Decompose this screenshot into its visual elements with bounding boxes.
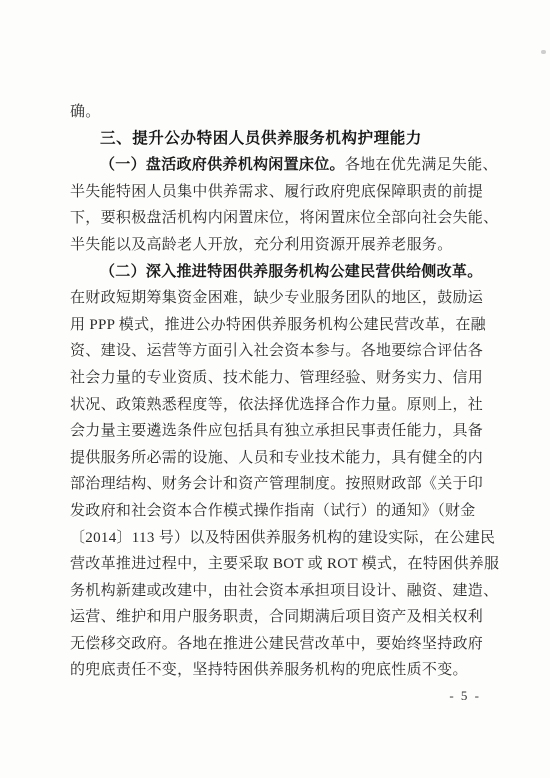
continuation-line: 确。 — [70, 99, 490, 126]
body-line: 运营、维护和用户服务职责，合同期满后项目资产及相关权利 — [70, 604, 490, 631]
body-line: 用 PPP 模式，推进公办特困供养服务机构公建民营改革，在融 — [70, 312, 490, 339]
body-line: 提供服务所必需的设施、人员和专业技术能力，具有健全的内 — [70, 445, 490, 472]
body-line: 状况、政策熟悉程度等，依法择优选择合作力量。原则上，社 — [70, 392, 490, 419]
scan-artifact-speck — [541, 50, 546, 54]
body-line: 〔2014〕113 号）以及特困供养服务机构的建设实际，在公建民 — [70, 525, 490, 552]
subsection-heading: （二）深入推进特困供养服务机构公建民营供给侧改革。 — [70, 259, 490, 286]
page-number: - 5 - — [449, 688, 481, 704]
body-line: 部治理结构、财务会计和资产管理制度。按照财政部《关于印 — [70, 471, 490, 498]
body-line: 无偿移交政府。各地在推进公建民营改革中，要始终坚持政府 — [70, 631, 490, 658]
body-line: 会力量主要遴选条件应包括具有独立承担民事责任能力，具备 — [70, 418, 490, 445]
body-line: 资、建设、运营等方面引入社会资本参与。各地要综合评估各 — [70, 338, 490, 365]
section-heading: 三、提升公办特困人员供养服务机构护理能力 — [70, 126, 490, 153]
body-line: 半失能以及高龄老人开放，充分利用资源开展养老服务。 — [70, 232, 490, 259]
body-line: 务机构新建或改建中，由社会资本承担项目设计、融资、建造、 — [70, 578, 490, 605]
body-line: 发政府和社会资本合作模式操作指南（试行）的通知》（财金 — [70, 498, 490, 525]
body-line: 在财政短期筹集资金困难，缺少专业服务团队的地区，鼓励运 — [70, 285, 490, 312]
scanned-document-page: 确。 三、提升公办特困人员供养服务机构护理能力 （一）盘活政府供养机构闲置床位。… — [0, 0, 550, 778]
body-line: 营改革推进过程中，主要采取 BOT 或 ROT 模式，在特困供养服 — [70, 551, 490, 578]
subsection-paragraph-line: （一）盘活政府供养机构闲置床位。各地在优先满足失能、 — [70, 152, 490, 179]
body-line: 下，要积极盘活机构内闲置床位，将闲置床位全部向社会失能、 — [70, 205, 490, 232]
body-line-text: 各地在优先满足失能、 — [345, 157, 498, 173]
body-line: 半失能特困人员集中供养需求、履行政府兜底保障职责的前提 — [70, 179, 490, 206]
body-text-block: 确。 三、提升公办特困人员供养服务机构护理能力 （一）盘活政府供养机构闲置床位。… — [70, 99, 490, 684]
body-line: 的兜底责任不变，坚持特困供养服务机构的兜底性质不变。 — [70, 657, 490, 684]
body-line: 社会力量的专业资质、技术能力、管理经验、财务实力、信用 — [70, 365, 490, 392]
subsection-lead: （一）盘活政府供养机构闲置床位。 — [100, 157, 345, 173]
